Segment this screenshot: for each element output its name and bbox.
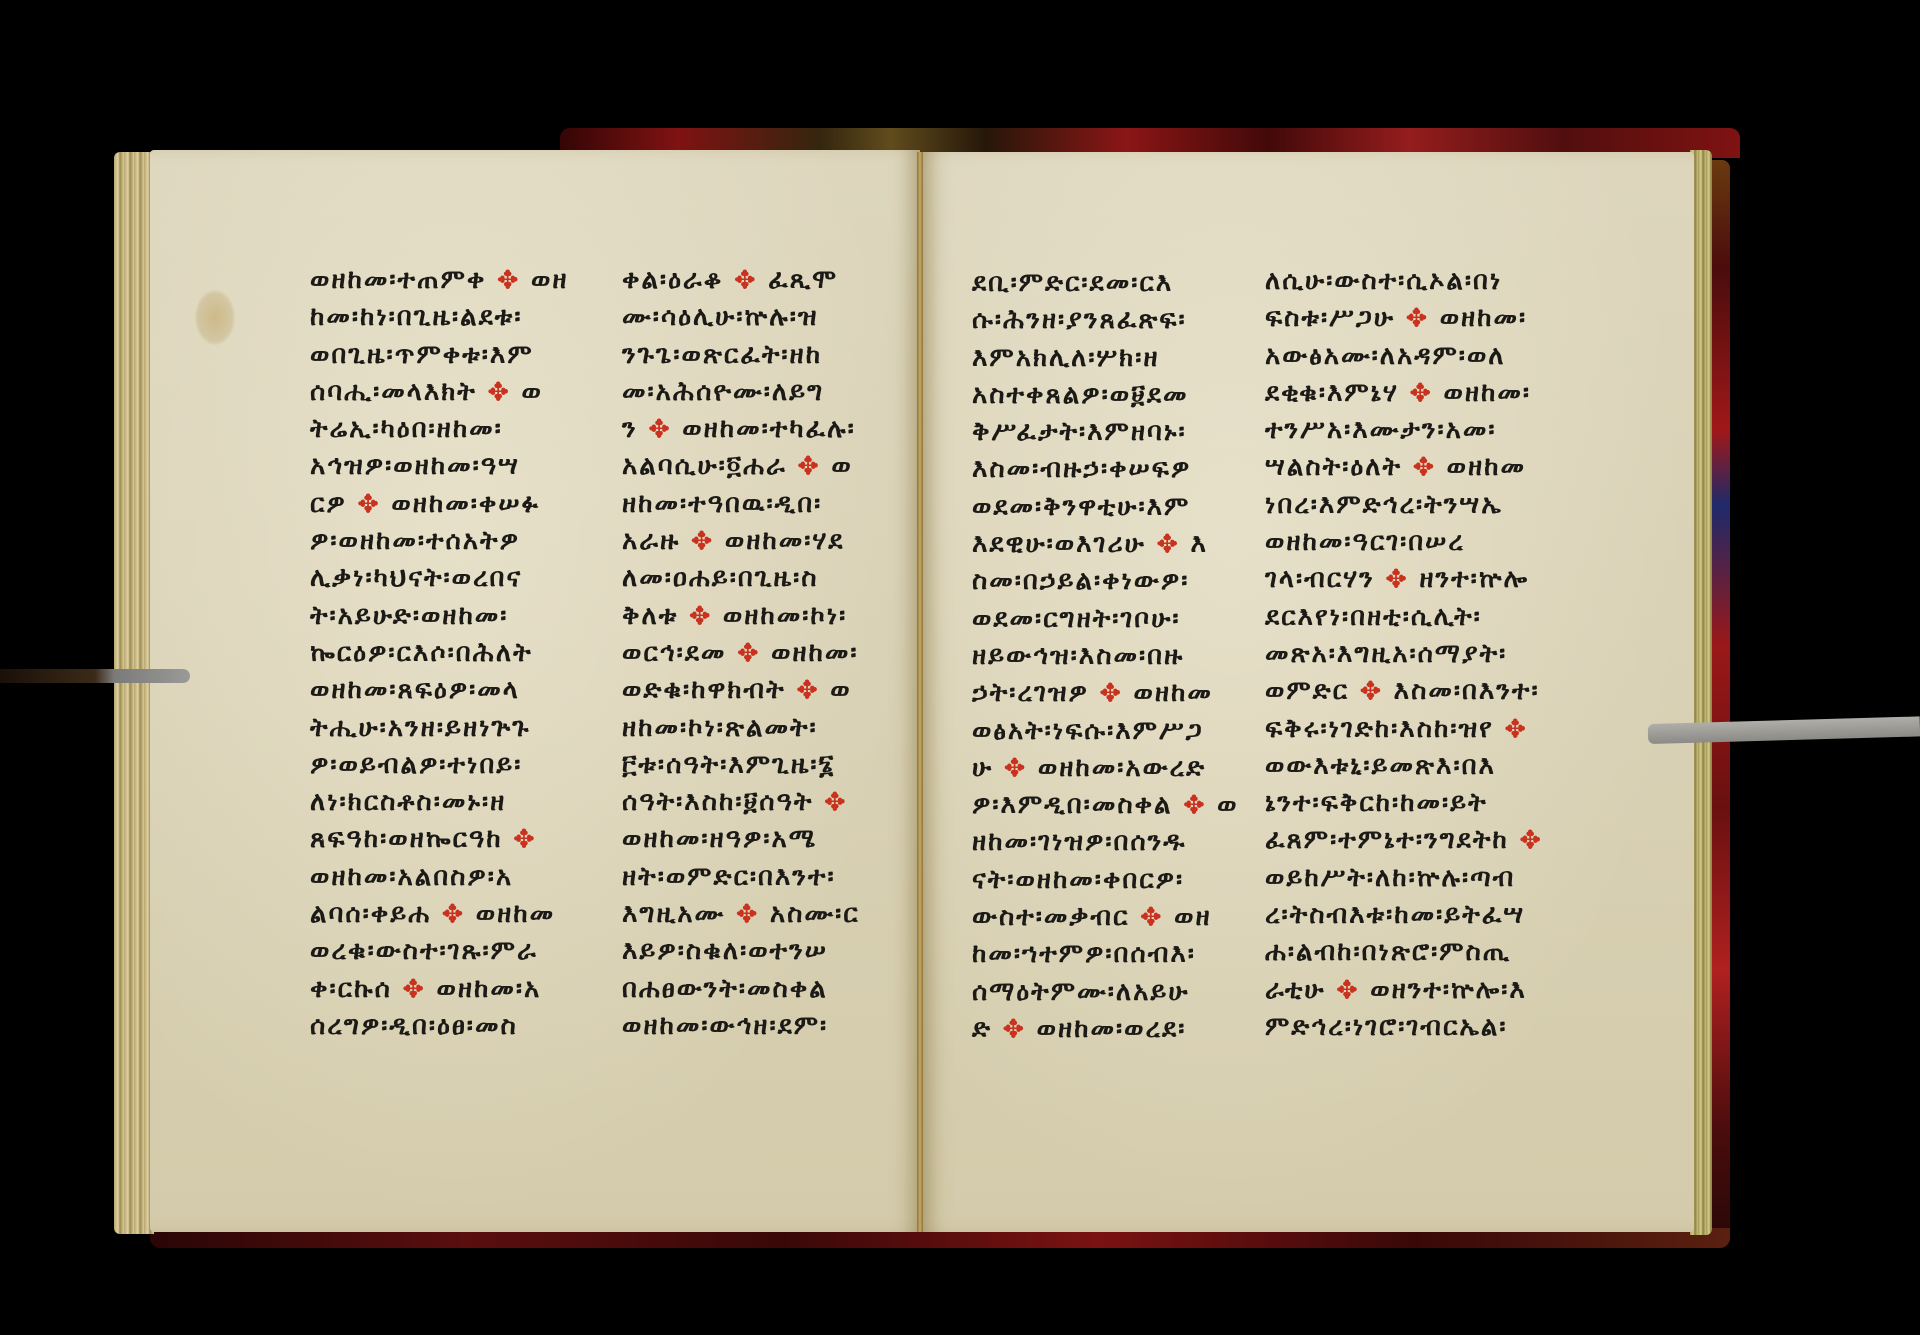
manuscript-line: ሱ፡ሕንዘ፡ያንጸፈጽፍ፡ <box>972 302 1252 339</box>
manuscript-line: ወዘከመ፡ዘዓዎ፡አሜ <box>622 821 907 858</box>
manuscript-line: ሰባሒ፡መላእክት ✥ ወ <box>310 374 605 411</box>
manuscript-line: ውስተ፡መቃብር ✥ ወዘ <box>972 899 1252 936</box>
manuscript-line: ቅለቱ ✥ ወዘከመ፡ኮነ፡ <box>622 598 907 635</box>
manuscript-line: ጸፍዓከ፡ወዘኰርዓከ ✥ <box>310 821 605 858</box>
manuscript-line: አልባሲሁ፡፬ሐራ ✥ ወ <box>622 448 907 485</box>
manuscript-line: ወዘከመ፡ዓርገ፡በሠረ <box>1265 524 1565 561</box>
manuscript-line: ሊቃነ፡ካህናት፡ወረበና <box>310 560 605 597</box>
manuscript-line: ልባሰ፡ቀይሐ ✥ ወዘከመ <box>310 896 605 933</box>
rubric-mark-icon: ✥ <box>798 451 821 481</box>
rubric-mark-icon: ✥ <box>1505 714 1528 744</box>
manuscript-line: ስመ፡በኃይል፡ቀነውዎ፡ <box>972 563 1252 600</box>
manuscript-line: ለሲሁ፡ውስተ፡ሲኦል፡በነ <box>1265 263 1565 300</box>
text-column-4: ለሲሁ፡ውስተ፡ሲኦል፡በነፍስቱ፡ሥጋሁ ✥ ወዘከመ፡አውፅአሙ፡ለአዳም፡… <box>1265 263 1565 1046</box>
manuscript-line: ዘት፡ወምድር፡በእንተ፡ <box>622 859 907 896</box>
rubric-mark-icon: ✥ <box>1520 825 1543 855</box>
manuscript-line: ወምድር ✥ እስመ፡በእንተ፡ <box>1265 673 1565 710</box>
manuscript-line: ቅሥፈታት፡እምዘባኑ፡ <box>972 414 1252 451</box>
manuscript-line: ት፡አይሁድ፡ወዘከመ፡ <box>310 598 605 635</box>
rubric-mark-icon: ✥ <box>514 824 537 854</box>
manuscript-line: ወዘከመ፡አልበስዎ፡አ <box>310 859 605 896</box>
manuscript-line: ምድኅረ፡ነገሮ፡ገብርኤል፡ <box>1265 1009 1565 1046</box>
rubric-mark-icon: ✥ <box>689 601 712 631</box>
manuscript-line: ትሬኢ፡ካዕበ፡ዘከመ፡ <box>310 411 605 448</box>
manuscript-line: አኅዝዎ፡ወዘከመ፡ዓሣ <box>310 448 605 485</box>
manuscript-line: ዎ፡ወይብልዎ፡ተነበይ፡ <box>310 747 605 784</box>
manuscript-line: አስተቀጸልዎ፡ወ፱ደመ <box>972 377 1252 414</box>
rubric-mark-icon: ✥ <box>1004 753 1027 783</box>
bookmark-strip-left <box>0 669 190 683</box>
manuscript-line: ሣልስት፡ዕለት ✥ ወዘከመ <box>1265 449 1565 486</box>
rubric-mark-icon: ✥ <box>691 526 714 556</box>
rubric-mark-icon: ✥ <box>1100 678 1123 708</box>
manuscript-line: ወድቁ፡ከዋክብት ✥ ወ <box>622 672 907 709</box>
manuscript-line: ወርኅ፡ደመ ✥ ወዘከመ፡ <box>622 635 907 672</box>
manuscript-line: ኰርዕዎ፡ርእሶ፡በሕለት <box>310 635 605 672</box>
manuscript-line: እይዎ፡ስቁለ፡ወተንሠ <box>622 933 907 970</box>
rubric-mark-icon: ✥ <box>1003 1014 1026 1044</box>
rubric-mark-icon: ✥ <box>1413 452 1436 482</box>
rubric-mark-icon: ✥ <box>1410 378 1433 408</box>
rubric-mark-icon: ✥ <box>1184 790 1207 820</box>
manuscript-line: ፍስቱ፡ሥጋሁ ✥ ወዘከመ፡ <box>1265 300 1565 337</box>
manuscript-line: ፫ቱ፡ሰዓት፡እምጊዜ፡፮ <box>622 747 907 784</box>
manuscript-line: ዘይውኅዝ፡እስመ፡በዙ <box>972 638 1252 675</box>
text-column-3: ደቢ፡ምድር፡ደመ፡ርእሱ፡ሕንዘ፡ያንጸፈጽፍ፡እምአክሊለ፡ሦክ፡ዘአስተቀ… <box>972 265 1252 1048</box>
manuscript-line: ገላ፡ብርሃን ✥ ዘንተ፡ኵሎ <box>1265 561 1565 598</box>
manuscript-line: ሰማዕትምሙ፡ለአይሁ <box>972 974 1252 1011</box>
rubric-mark-icon: ✥ <box>736 899 759 929</box>
rubric-mark-icon: ✥ <box>1141 902 1164 932</box>
manuscript-line: ወውእቱኒ፡ይመጽእ፡በእ <box>1265 748 1565 785</box>
manuscript-line: አራዙ ✥ ወዘከመ፡ሃደ <box>622 523 907 560</box>
manuscript-line: በሐፀውንት፡መስቀል <box>622 971 907 1008</box>
manuscript-line: ወረቁ፡ውስተ፡ገጹ፡ምራ <box>310 933 605 970</box>
rubric-mark-icon: ✥ <box>403 974 426 1004</box>
manuscript-line: ን ✥ ወዘከመ፡ተካፈሉ፡ <box>622 411 907 448</box>
manuscript-line: ዎ፡ወዘከመ፡ተሰአትዎ <box>310 523 605 560</box>
manuscript-line: ናት፡ወዘከመ፡ቀበርዎ፡ <box>972 862 1252 899</box>
manuscript-line: ሐ፡ልብከ፡በነጽሮ፡ምስጢ <box>1265 934 1565 971</box>
manuscript-line: ዘከመ፡ገነዝዎ፡በሰንዱ <box>972 824 1252 861</box>
rubric-mark-icon: ✥ <box>488 377 511 407</box>
manuscript-line: ራቲሁ ✥ ወዘንተ፡ኵሎ፡እ <box>1265 972 1565 1009</box>
manuscript-line: ወደመ፡ቅንዋቲሁ፡እም <box>972 489 1252 526</box>
rubric-mark-icon: ✥ <box>358 489 381 519</box>
manuscript-line: ለመ፡ዐሐይ፡በጊዜ፡ስ <box>622 560 907 597</box>
rubric-mark-icon: ✥ <box>737 638 760 668</box>
manuscript-line: ወዘከመ፡ውኅዘ፡ደም፡ <box>622 1008 907 1045</box>
manuscript-line: ቀል፡ዕራቆ ✥ ፈጺሞ <box>622 262 907 299</box>
manuscript-line: ፈጸም፡ተምኔተ፡ንግደትከ ✥ <box>1265 822 1565 859</box>
manuscript-line: መጽአ፡እግዚአ፡ሰማያት፡ <box>1265 636 1565 673</box>
rubric-mark-icon: ✥ <box>797 675 820 705</box>
manuscript-line: ንጉጌ፡ወጽርፈት፡ዘከ <box>622 337 907 374</box>
manuscript-line: ከመ፡ከነ፡በጊዜ፡ልደቱ፡ <box>310 299 605 336</box>
manuscript-line: ደቂቁ፡እምኔሃ ✥ ወዘከመ፡ <box>1265 375 1565 412</box>
manuscript-line: ከመ፡ኀተምዎ፡በሰብእ፡ <box>972 936 1252 973</box>
manuscript-line: ሁ ✥ ወዘከመ፡አውረድ <box>972 750 1252 787</box>
manuscript-line: ወደመ፡ርግዘት፡ገቦሁ፡ <box>972 601 1252 638</box>
manuscript-photo: ወዘከመ፡ተጠምቀ ✥ ወዘከመ፡ከነ፡በጊዜ፡ልደቱ፡ወበጊዜ፡ጥምቀቱ፡እም… <box>0 0 1920 1335</box>
manuscript-line: ደርእየነ፡በዘቲ፡ሲሊት፡ <box>1265 599 1565 636</box>
rubric-mark-icon: ✥ <box>442 899 465 929</box>
manuscript-line: ዘከመ፡ኮነ፡ጽልመት፡ <box>622 710 907 747</box>
rubric-mark-icon: ✥ <box>825 787 848 817</box>
manuscript-line: እግዚአሙ ✥ አስሙ፡ር <box>622 896 907 933</box>
manuscript-line: መ፡አሕሰዮሙ፡ለይግ <box>622 374 907 411</box>
manuscript-line: ረ፡ትስብእቱ፡ከመ፡ይትፈሣ <box>1265 897 1565 934</box>
manuscript-line: ተንሥአ፡እሙታን፡አመ፡ <box>1265 412 1565 449</box>
manuscript-line: ሙ፡ሳዕሊሁ፡ኵሉ፡ዝ <box>622 299 907 336</box>
manuscript-line: እስመ፡ብዙኃ፡ቀሠፍዎ <box>972 451 1252 488</box>
manuscript-line: ኔንተ፡ፍቅርከ፡ከመ፡ይት <box>1265 785 1565 822</box>
rubric-mark-icon: ✥ <box>1386 564 1409 594</box>
text-column-2: ቀል፡ዕራቆ ✥ ፈጺሞሙ፡ሳዕሊሁ፡ኵሉ፡ዝንጉጌ፡ወጽርፈት፡ዘከመ፡አሕሰ… <box>622 262 907 1045</box>
manuscript-line: ሰረግዎ፡ዲበ፡ዕፀ፡መስ <box>310 1008 605 1045</box>
manuscript-line: ወበጊዜ፡ጥምቀቱ፡እም <box>310 337 605 374</box>
manuscript-line: ትሒሁ፡አንዘ፡ይዘነጕጉ <box>310 710 605 747</box>
manuscript-line: እምአክሊለ፡ሦክ፡ዘ <box>972 340 1252 377</box>
manuscript-line: ዎ፡እምዲበ፡መስቀል ✥ ወ <box>972 787 1252 824</box>
manuscript-line: ኃት፡ረገዝዎ ✥ ወዘከመ <box>972 675 1252 712</box>
manuscript-line: ለነ፡ክርስቶስ፡መኑ፡ዘ <box>310 784 605 821</box>
rubric-mark-icon: ✥ <box>1157 529 1180 559</box>
text-column-1: ወዘከመ፡ተጠምቀ ✥ ወዘከመ፡ከነ፡በጊዜ፡ልደቱ፡ወበጊዜ፡ጥምቀቱ፡እም… <box>310 262 605 1045</box>
page-stack-left <box>114 152 154 1234</box>
rubric-mark-icon: ✥ <box>497 265 520 295</box>
manuscript-line: ነበረ፡እምድኅረ፡ትንሣኤ <box>1265 487 1565 524</box>
manuscript-line: ድ ✥ ወዘከመ፡ወረደ፡ <box>972 1011 1252 1048</box>
rubric-mark-icon: ✥ <box>1406 303 1429 333</box>
manuscript-line: ዘከመ፡ተዓበዉ፡ዲበ፡ <box>622 486 907 523</box>
manuscript-line: ፍቅሩ፡ነገድከ፡እስከ፡ዝየ ✥ <box>1265 711 1565 748</box>
rubric-mark-icon: ✥ <box>734 265 757 295</box>
manuscript-line: ርዎ ✥ ወዘከመ፡ቀሠፉ <box>310 486 605 523</box>
rubric-mark-icon: ✥ <box>649 414 672 444</box>
manuscript-line: ደቢ፡ምድር፡ደመ፡ርእ <box>972 265 1252 302</box>
manuscript-line: ወዘከመ፡ተጠምቀ ✥ ወዘ <box>310 262 605 299</box>
manuscript-line: ወይከሥት፡ለከ፡ኵሉ፡ጣብ <box>1265 860 1565 897</box>
manuscript-line: ወፅአት፡ነፍሱ፡እምሥጋ <box>972 713 1252 750</box>
manuscript-line: አውፅአሙ፡ለአዳም፡ወለ <box>1265 338 1565 375</box>
book-gutter <box>917 152 923 1232</box>
rubric-mark-icon: ✥ <box>1337 975 1360 1005</box>
manuscript-line: ቀ፡ርኩሰ ✥ ወዘከመ፡አ <box>310 971 605 1008</box>
manuscript-line: እደዊሁ፡ወእገሪሁ ✥ እ <box>972 526 1252 563</box>
manuscript-line: ሰዓት፡እስከ፡፱ሰዓት ✥ <box>622 784 907 821</box>
rubric-mark-icon: ✥ <box>1360 676 1383 706</box>
paper-stain <box>195 290 235 345</box>
manuscript-line: ወዘከመ፡ጸፍዕዎ፡መላ <box>310 672 605 709</box>
